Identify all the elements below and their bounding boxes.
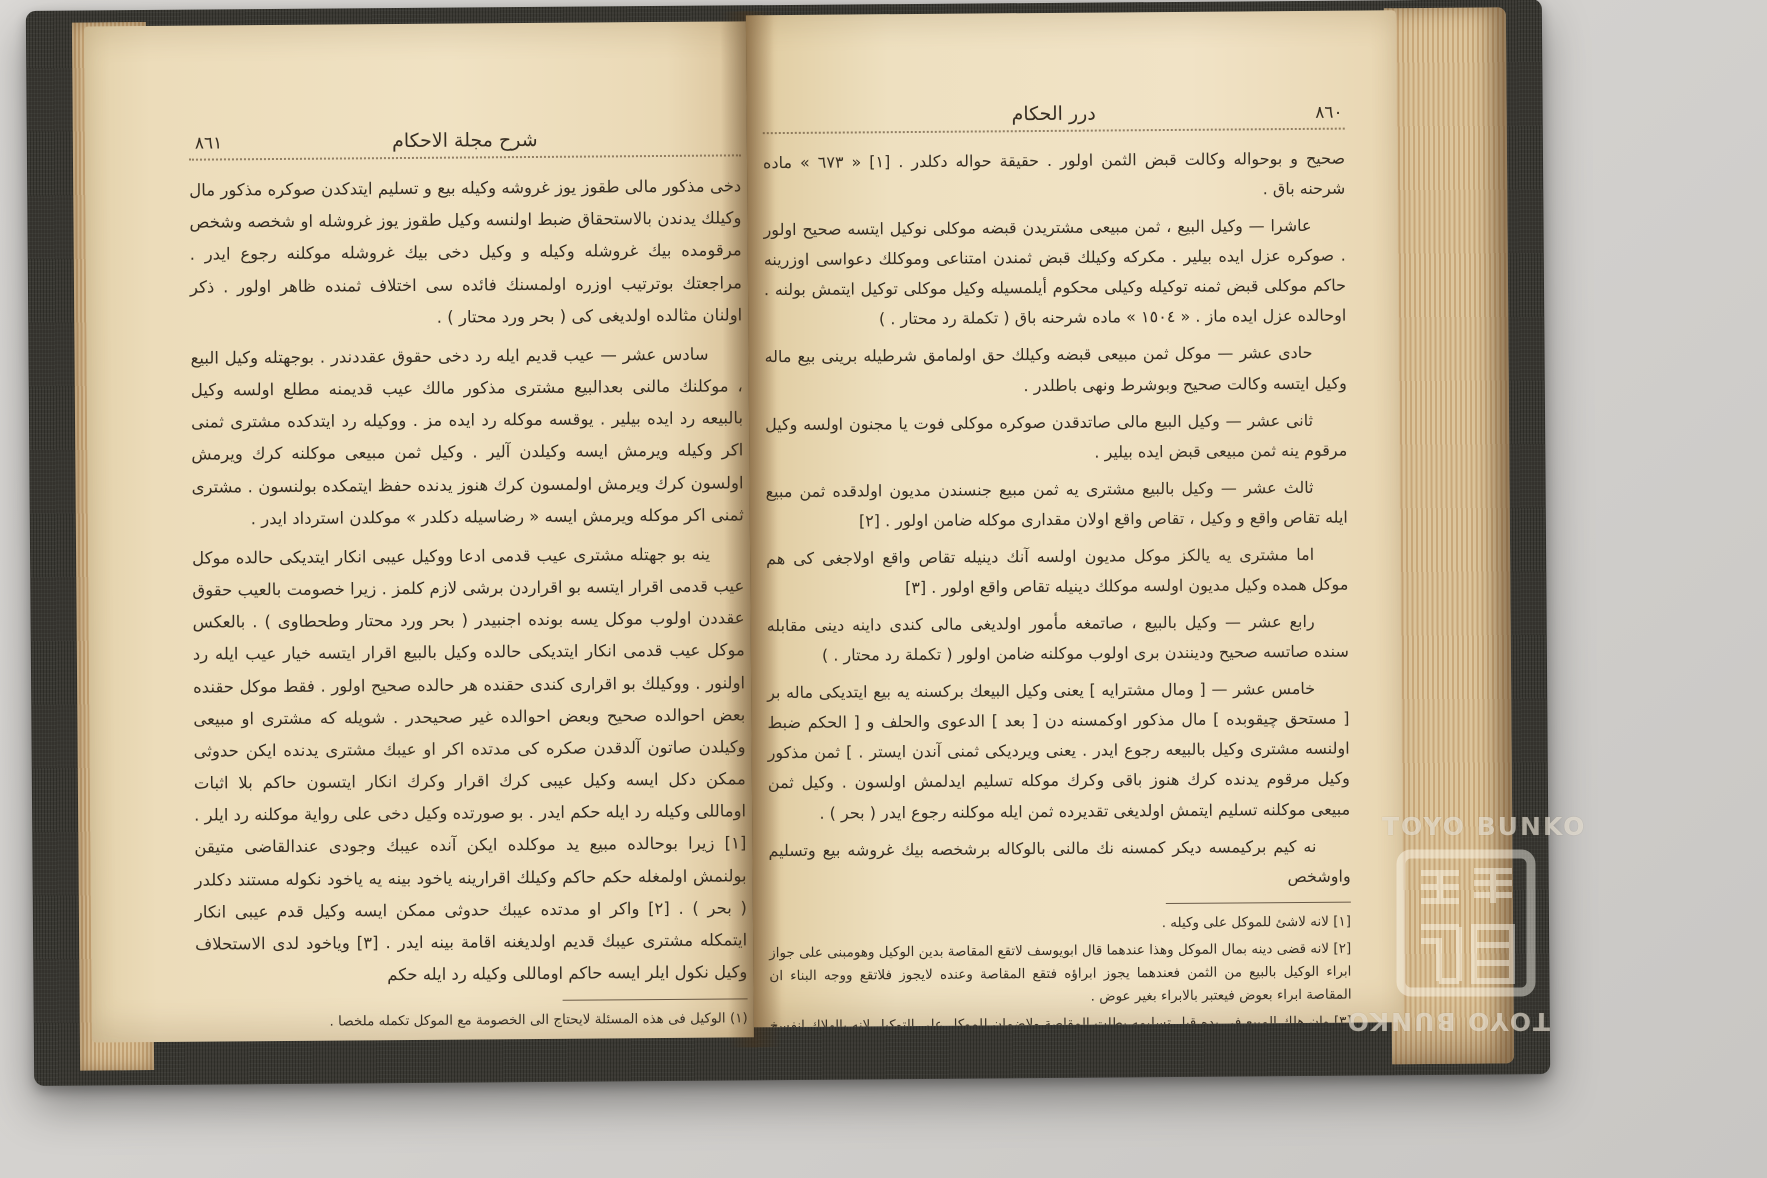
right-page-number: ٨٦٠ (1315, 103, 1343, 123)
body-paragraph: رابع عشر — وكيل بالبيع ، صاتمغه مأمور او… (767, 607, 1349, 672)
left-page-header: ٨٦١ شرح مجلة الاحكام (189, 117, 741, 155)
body-paragraph: ينه بو جهتله مشترى عيب قدمى ادعا ووكيل ع… (192, 538, 748, 993)
footnote-item: [١] لانه لاشئ للموكل على وكيله . (769, 910, 1351, 938)
right-running-title: درر الحكام (1011, 103, 1095, 126)
footnote-item: (٢) قال فى المواهب لورد عليه بمالايحدث م… (196, 1035, 748, 1043)
right-page-content: درر الحكام ٨٦٠ صحيح و بوحواله وكالت قبض … (762, 91, 1352, 1028)
photo-background: ٨٦١ شرح مجلة الاحكام دخى مذكور مالى طقوز… (0, 0, 1767, 1178)
body-paragraph: دخى مذكور مالى طقوز يوز غروشه وكيله بيع … (189, 170, 742, 335)
right-footnote-divider (1166, 901, 1351, 903)
body-paragraph: ثانى عشر — وكيل البيع مالى صاتدقدن صوكره… (765, 405, 1347, 470)
left-body-text: دخى مذكور مالى طقوز يوز غروشه وكيله بيع … (189, 170, 747, 993)
right-footnotes: [١] لانه لاشئ للموكل على وكيله .[٢] لانه… (769, 910, 1352, 1027)
left-page-number: ٨٦١ (195, 133, 223, 153)
right-page-header: درر الحكام ٨٦٠ (762, 91, 1344, 130)
watermark-text-mirrored: TOYO BUNKO (1382, 1007, 1550, 1036)
book-gutter-shadow (720, 11, 782, 1047)
body-paragraph: سادس عشر — عيب قديم ايله رد دخى حقوق عقد… (190, 338, 743, 535)
book-cover: ٨٦١ شرح مجلة الاحكام دخى مذكور مالى طقوز… (26, 0, 1550, 1086)
body-paragraph: ثالث عشر — وكيل بالبيع مشترى يه ثمن مبيع… (765, 472, 1347, 537)
body-paragraph: نه كيم بركيمسه ديكر كمسنه نك مالنى بالوك… (768, 831, 1350, 896)
footnote-item: (١) الوكيل فى هذه المسئلة لايحتاج الى ال… (196, 1008, 748, 1035)
library-watermark: TOYO BUNKO TOYO BUNKO (1382, 812, 1550, 1036)
left-running-title: شرح مجلة الاحكام (392, 129, 538, 152)
body-paragraph: عاشرا — وكيل البيع ، ثمن مبيعى مشتريدن ق… (763, 211, 1346, 336)
body-paragraph: خامس عشر — [ ومال مشترايه ] يعنى وكيل ال… (767, 674, 1350, 829)
right-page: درر الحكام ٨٦٠ صحيح و بوحواله وكالت قبض … (746, 10, 1404, 1027)
toyo-bunko-seal-icon (1396, 849, 1536, 997)
footnote-item: [٣] وان هلك المبيع فى يده قبل تسليمه بطل… (770, 1010, 1352, 1027)
right-body-text: صحيح و بوحواله وكالت قبض الثمن اولور . ح… (763, 144, 1351, 896)
left-page-content: ٨٦١ شرح مجلة الاحكام دخى مذكور مالى طقوز… (189, 117, 749, 1042)
body-paragraph: اما مشترى يه يالكز موكل مديون اولسه آنك … (766, 540, 1348, 605)
left-footnote-divider (563, 999, 748, 1001)
watermark-text: TOYO BUNKO (1382, 812, 1550, 841)
left-footnotes: (١) الوكيل فى هذه المسئلة لايحتاج الى ال… (196, 1008, 749, 1043)
left-page: ٨٦١ شرح مجلة الاحكام دخى مذكور مالى طقوز… (84, 21, 754, 1042)
footnote-item: [٢] لانه قضى دينه بمال الموكل وهذا عندهم… (769, 937, 1352, 1010)
body-paragraph: صحيح و بوحواله وكالت قبض الثمن اولور . ح… (763, 144, 1345, 209)
body-paragraph: حادى عشر — موكل ثمن مبيعى قبضه وكيلك حق … (764, 338, 1346, 403)
